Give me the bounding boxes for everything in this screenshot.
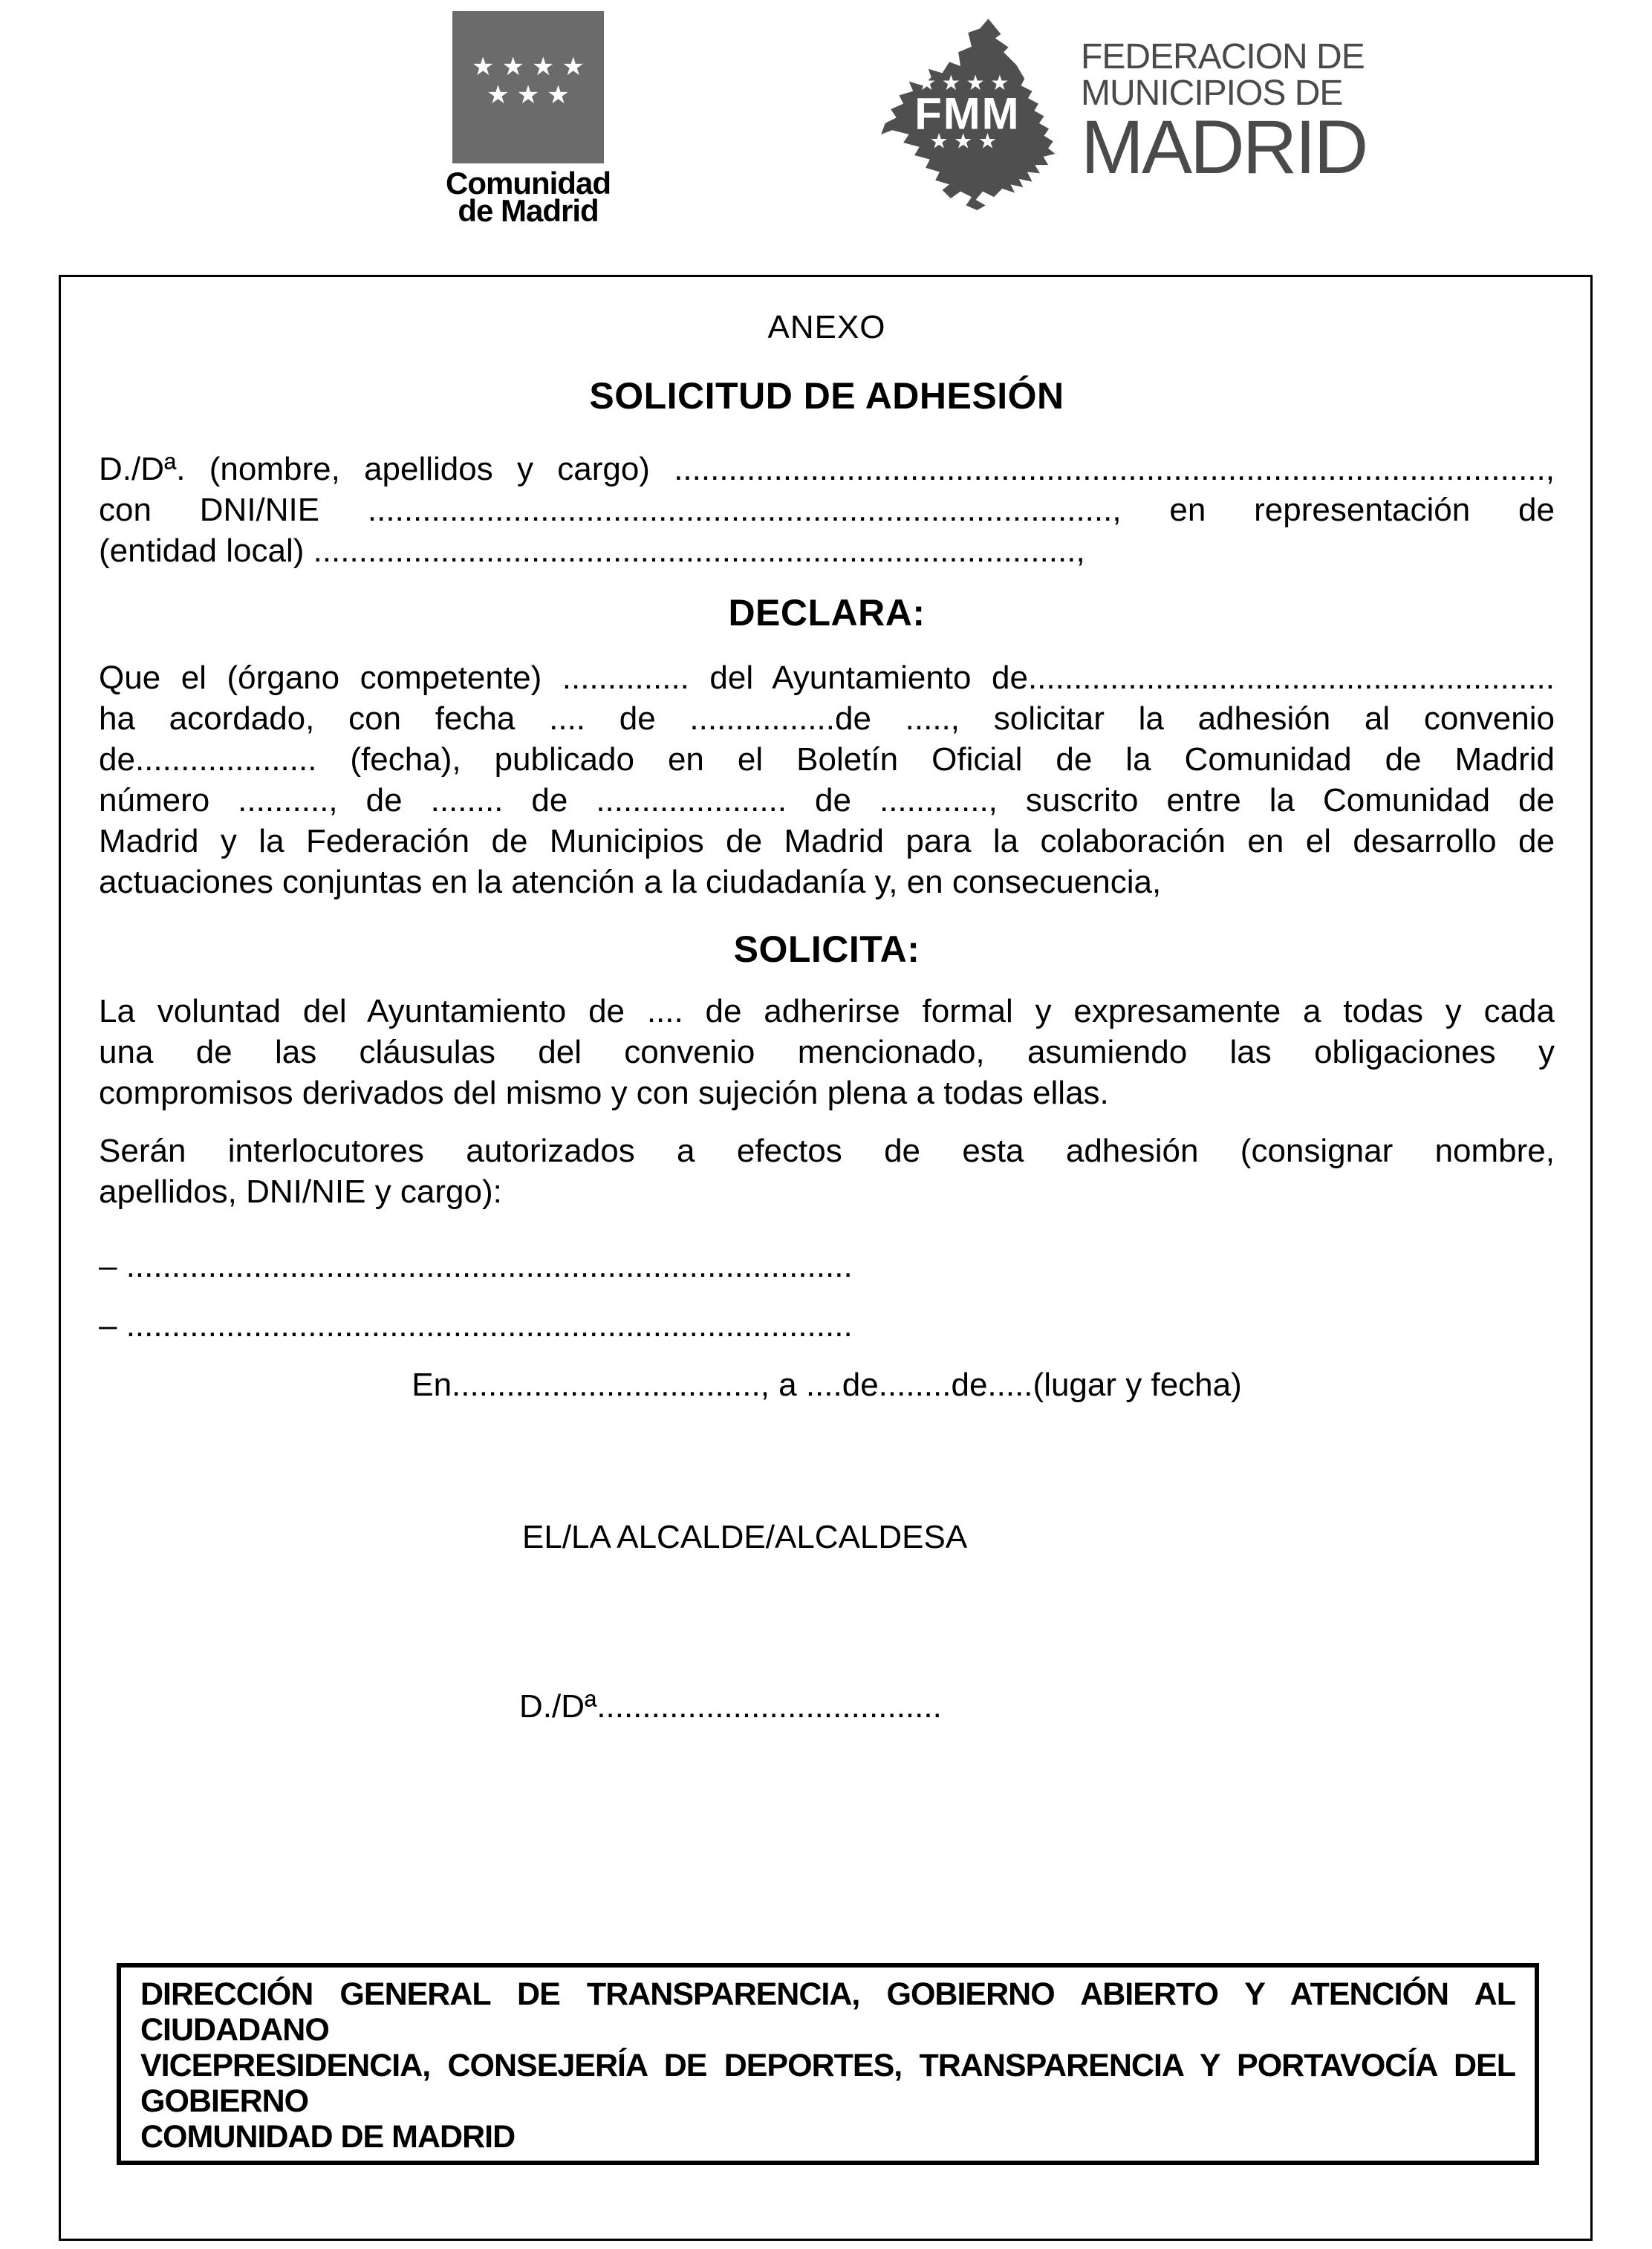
solicita-heading: SOLICITA:	[99, 929, 1555, 970]
department-notice-box: DIRECCIÓN GENERAL DE TRANSPARENCIA, GOBI…	[117, 1963, 1539, 2165]
fmm-stars-bottom: ★★★	[929, 129, 1002, 154]
interlocutor-slot-1: – ......................................…	[99, 1246, 1555, 1286]
fmm-map-logo: ★★★★ FMM ★★★	[860, 9, 1083, 211]
fmm-wordmark-line-3: MADRID	[1081, 111, 1366, 183]
document-page: ★★★★ ★★★ Comunidad de Madrid ★★★★ FMM ★★…	[0, 0, 1652, 2249]
interlocutores-paragraph: Serán interlocutores autorizados a efect…	[99, 1130, 1555, 1212]
signature-name-line: D./Dª...................................…	[519, 1686, 942, 1727]
place-date-line: En.................................., a …	[99, 1364, 1555, 1405]
declara-heading: DECLARA:	[99, 593, 1555, 634]
fmm-wordmark-line-1: FEDERACION DE	[1081, 39, 1366, 75]
intro-paragraph: D./Dª. (nombre, apellidos y cargo) .....…	[99, 449, 1555, 571]
flag-stars-top-row: ★★★★	[452, 53, 604, 81]
comunidad-de-madrid-flag: ★★★★ ★★★	[452, 11, 604, 163]
caption-line-2: de Madrid	[446, 197, 611, 224]
signature-role: EL/LA ALCALDE/ALCALDESA	[522, 1517, 967, 1558]
annex-title: ANEXO	[99, 307, 1555, 348]
document-frame: ANEXO SOLICITUD DE ADHESIÓN D./Dª. (nomb…	[59, 275, 1593, 2241]
interlocutor-slot-2: – ......................................…	[99, 1305, 1555, 1346]
notice-direccion-general: DIRECCIÓN GENERAL DE TRANSPARENCIA, GOBI…	[140, 1976, 1515, 2048]
annex-subtitle: SOLICITUD DE ADHESIÓN	[99, 376, 1555, 417]
declara-paragraph: Que el (órgano competente) .............…	[99, 657, 1555, 902]
fmm-wordmark: FEDERACION DE MUNICIPIOS DE MADRID	[1081, 39, 1366, 183]
comunidad-de-madrid-logo-caption: Comunidad de Madrid	[446, 169, 611, 224]
notice-vicepresidencia: VICEPRESIDENCIA, CONSEJERÍA DE DEPORTES,…	[140, 2048, 1515, 2119]
notice-comunidad-de-madrid: COMUNIDAD DE MADRID	[140, 2119, 1515, 2155]
solicita-paragraph: La voluntad del Ayuntamiento de .... de …	[99, 991, 1555, 1113]
flag-stars-bottom-row: ★★★	[452, 81, 604, 109]
